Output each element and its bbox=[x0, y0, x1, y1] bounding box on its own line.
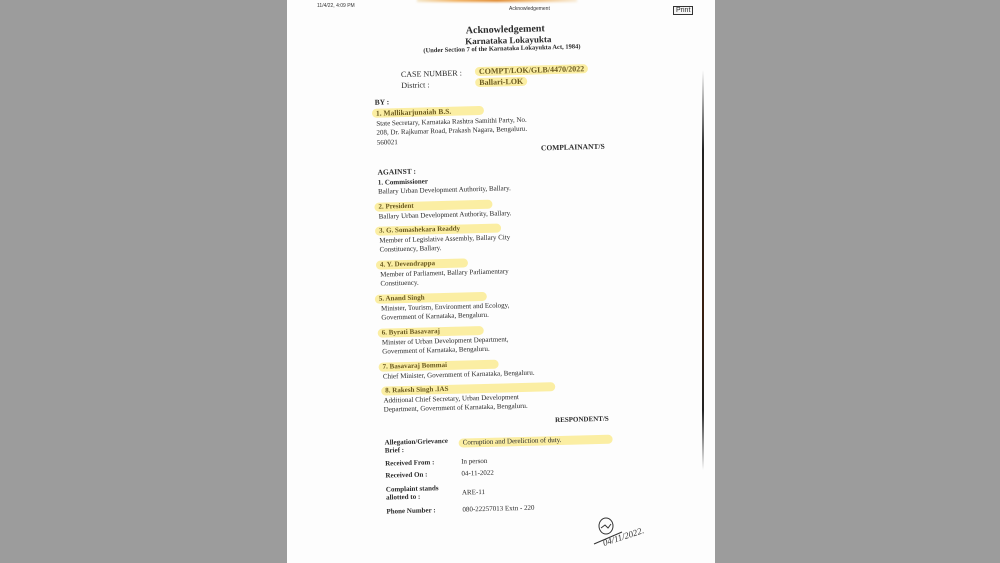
received-on-value: 04-11-2022 bbox=[461, 469, 494, 479]
case-number-label: CASE NUMBER : bbox=[401, 68, 462, 79]
district-label: District : bbox=[401, 80, 429, 90]
complainant-role-label: COMPLAINANT/S bbox=[541, 142, 605, 153]
document-page: 11/4/22, 4:09 PM Acknowledgement Print A… bbox=[287, 0, 715, 563]
by-label: BY : bbox=[375, 97, 390, 106]
complainant-address-3: 560021 bbox=[377, 138, 398, 148]
allotted-label: Complaint stands allotted to : bbox=[386, 484, 456, 502]
respondent-role-label: RESPONDENT/S bbox=[555, 415, 609, 425]
phone-value: 080-22257013 Extn - 220 bbox=[462, 504, 534, 515]
allegation-label: Allegation/Grievance Brief : bbox=[385, 437, 460, 455]
received-from-label: Received From : bbox=[385, 458, 434, 468]
allegation-value: Corruption and Dereliction of duty. bbox=[459, 435, 613, 448]
respondent-detail: Constituency, Ballary. bbox=[379, 244, 441, 255]
respondent-detail: Constituency. bbox=[380, 279, 418, 289]
respondent-detail: Government of Karnataka, Bengaluru. bbox=[381, 311, 489, 323]
district-value: Ballari-LOK bbox=[475, 77, 527, 87]
against-label: AGAINST : bbox=[377, 167, 416, 177]
case-number-value: COMPT/LOK/GLB/4470/2022 bbox=[475, 64, 589, 76]
received-on-label: Received On : bbox=[385, 470, 427, 480]
phone-label: Phone Number : bbox=[386, 506, 435, 516]
signature-icon: 04/11/2022. bbox=[592, 510, 672, 550]
complainant-name: 1. Mallikarjunaiah B.S. bbox=[372, 106, 484, 118]
handwritten-signature: 04/11/2022. bbox=[592, 510, 672, 555]
doc-subtitle: (Under Section 7 of the Karnataka Lokayu… bbox=[423, 43, 580, 54]
document-body: Acknowledgement Karnataka Lokayukta (Und… bbox=[287, 0, 715, 563]
respondent-detail: Member of Parliament, Ballary Parliament… bbox=[380, 267, 509, 279]
allotted-value: ARE-11 bbox=[462, 488, 485, 498]
received-from-value: In person bbox=[461, 457, 487, 467]
respondent-detail: Government of Karnataka, Bengaluru. bbox=[382, 345, 490, 357]
